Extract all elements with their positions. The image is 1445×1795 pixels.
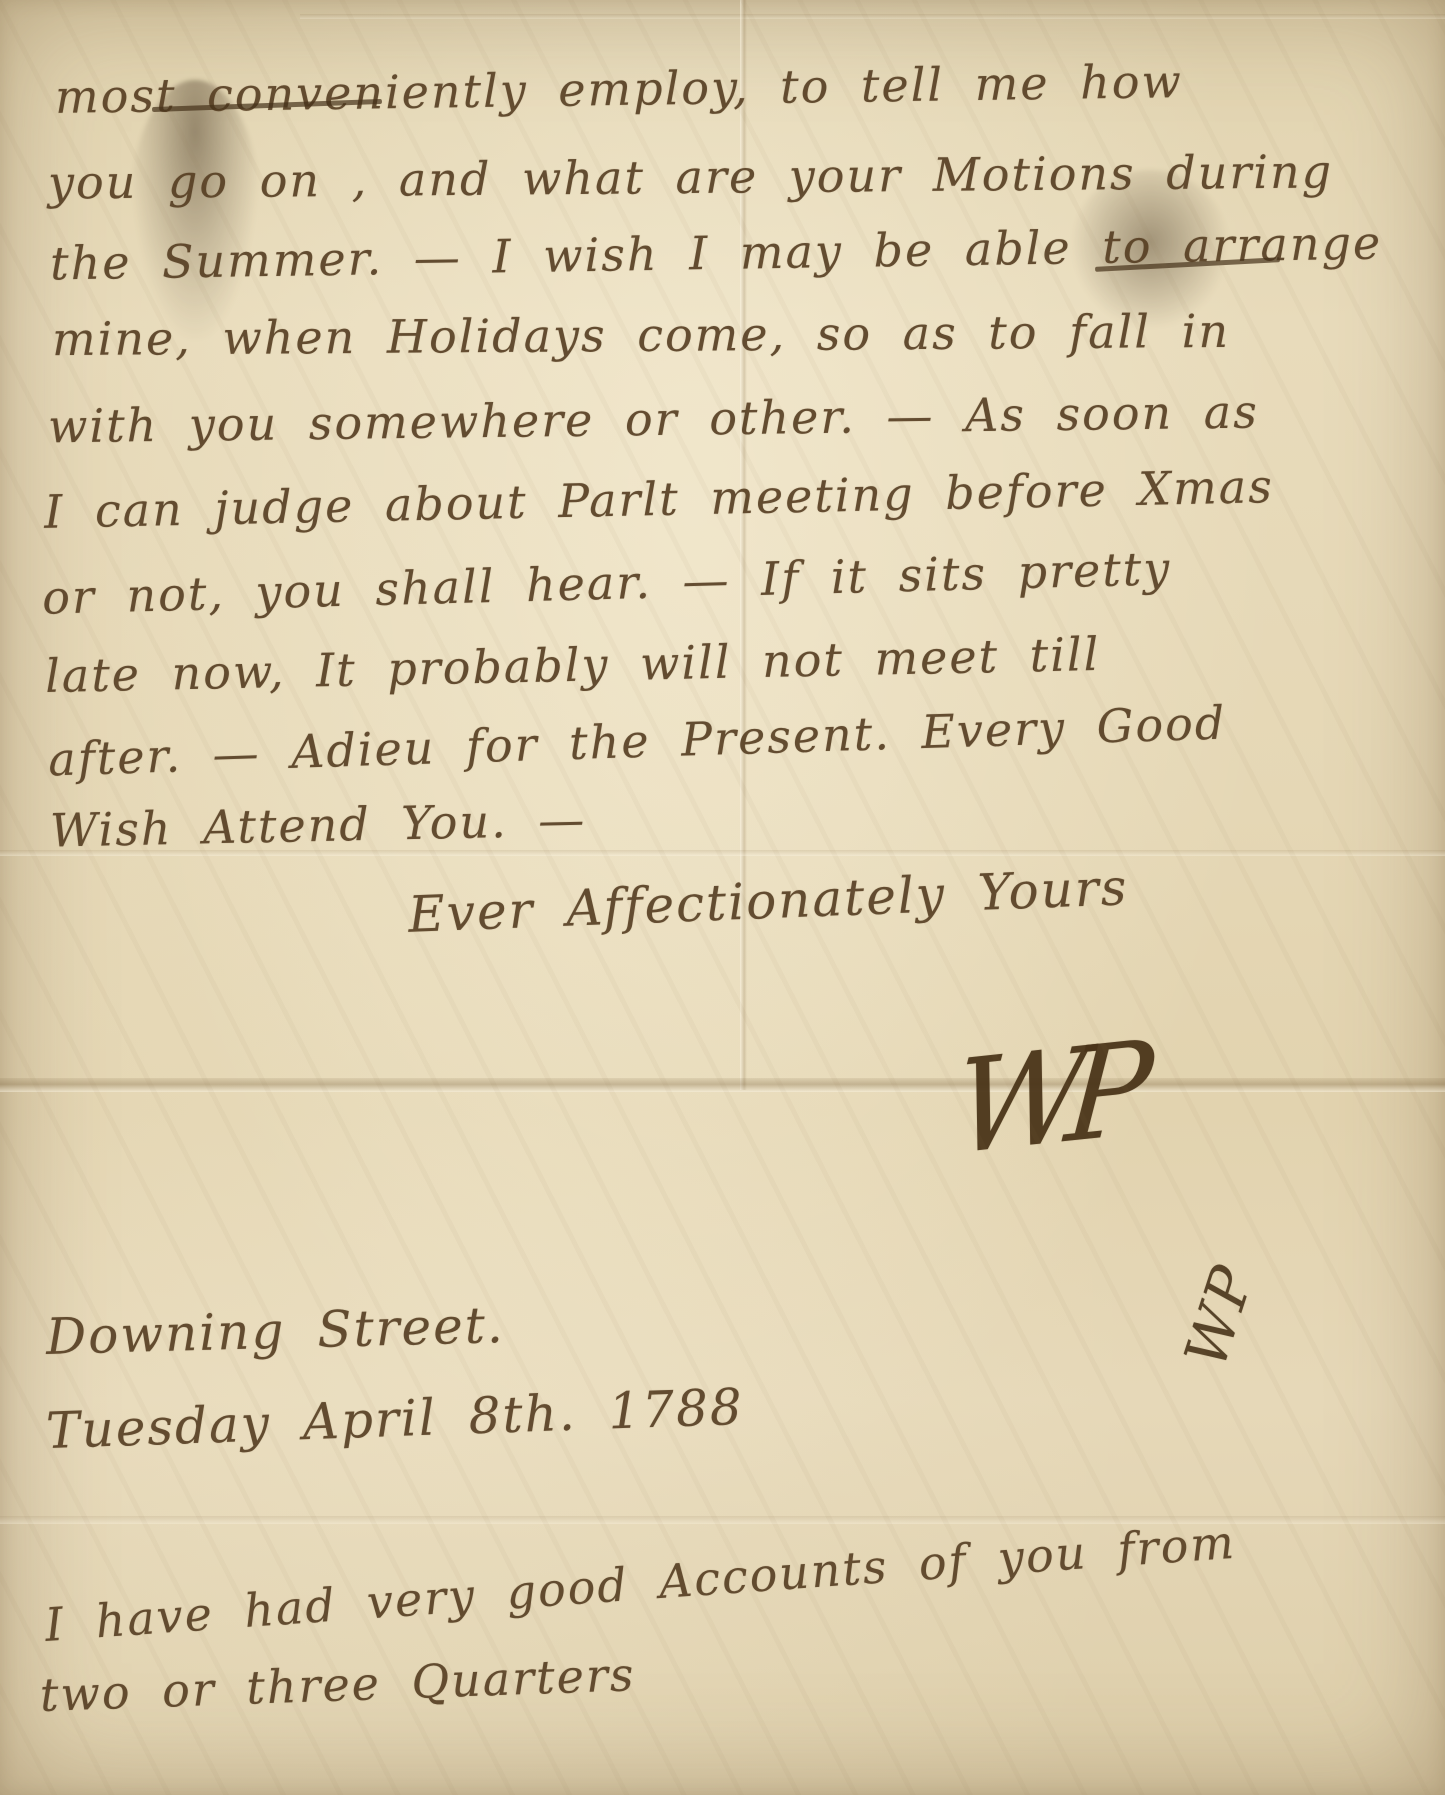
letter-line-8: late now, It probably will not meet till: [45, 627, 1101, 703]
letter-closing: Ever Affectionately Yours: [407, 858, 1129, 944]
letter-line-2: you go on , and what are your Motions du…: [48, 144, 1334, 209]
fold-crease-horizontal-main: [0, 1078, 1445, 1092]
letter-line-7: or not, you shall hear. — If it sits pre…: [41, 541, 1171, 625]
place-line: Downing Street.: [45, 1296, 505, 1366]
letter-line-5: with you somewhere or other. — As soon a…: [48, 385, 1259, 454]
letter-page: most conveniently employ, to tell me how…: [0, 0, 1445, 1795]
letter-line-1: most conveniently employ, to tell me how: [55, 54, 1183, 124]
signature-monogram: WP: [950, 1015, 1137, 1185]
letter-line-9: after. — Adieu for the Present. Every Go…: [47, 696, 1227, 787]
letter-line-4: mine, when Holidays come, so as to fall …: [52, 304, 1230, 366]
letter-line-10: Wish Attend You. —: [49, 792, 586, 857]
postscript-line-1: I have had very good Accounts of you fro…: [43, 1515, 1237, 1652]
letter-line-3: the Summer. — I wish I may be able to ar…: [50, 216, 1383, 291]
postscript-line-2: two or three Quarters: [39, 1647, 636, 1722]
fold-crease-top: [300, 14, 1445, 19]
letter-line-6: I can judge about Parlt meeting before X…: [44, 459, 1275, 539]
docket-mark: WP: [1171, 1257, 1267, 1376]
date-line: Tuesday April 8th. 1788: [45, 1378, 744, 1460]
